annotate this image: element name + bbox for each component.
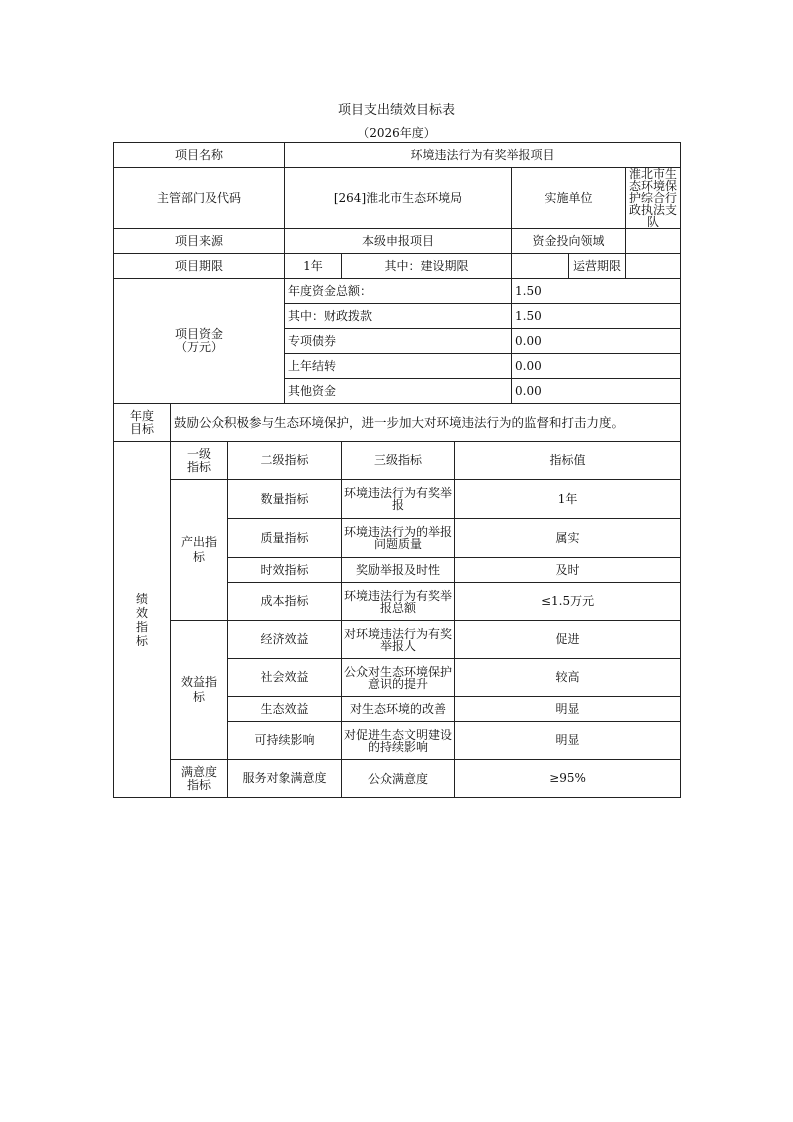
value-cell: ≥95% (455, 760, 681, 798)
header-level1-line2: 指标 (173, 461, 225, 474)
level3-cell: 对生态环境的改善 (342, 697, 455, 722)
source-label: 项目来源 (114, 229, 285, 254)
fund-area-value (626, 229, 681, 254)
annual-goal-label-line2: 目标 (116, 423, 168, 436)
level1-benefit: 效益指标 (171, 621, 228, 760)
header-level1-line1: 一级 (173, 448, 225, 461)
level1-benefit-text: 效益指标 (179, 675, 219, 705)
document-year: （2026年度） (0, 124, 793, 141)
fund-row-label: 专项债券 (285, 329, 512, 354)
level3-cell: 对环境违法行为有奖举报人 (342, 621, 455, 659)
level3-cell: 对促进生态文明建设的持续影响 (342, 722, 455, 760)
indicators-section-label: 绩效指标 (114, 442, 171, 798)
fund-row-value: 1.50 (512, 279, 681, 304)
value-cell: 1年 (455, 480, 681, 519)
value-cell: 明显 (455, 722, 681, 760)
fund-row-label: 其他资金 (285, 379, 512, 404)
level1-satisfaction-text: 满意度指标 (179, 766, 219, 792)
build-period-value (512, 254, 569, 279)
build-period-label: 其中：建设期限 (342, 254, 512, 279)
level2-cell: 服务对象满意度 (228, 760, 342, 798)
level2-cell: 质量指标 (228, 519, 342, 558)
level2-cell: 数量指标 (228, 480, 342, 519)
document-title: 项目支出绩效目标表 (0, 99, 793, 118)
source-value: 本级申报项目 (285, 229, 512, 254)
project-name-label: 项目名称 (114, 143, 285, 168)
fund-row-value: 0.00 (512, 354, 681, 379)
value-cell: 明显 (455, 697, 681, 722)
performance-target-table: 项目名称 环境违法行为有奖举报项目 主管部门及代码 [264]淮北市生态环境局 … (113, 142, 681, 798)
operate-period-label: 运营期限 (569, 254, 626, 279)
value-cell: 及时 (455, 558, 681, 583)
level3-cell: 公众满意度 (342, 760, 455, 798)
value-cell: 属实 (455, 519, 681, 558)
level3-cell: 公众对生态环境保护意识的提升 (342, 659, 455, 697)
annual-goal-text: 鼓励公众积极参与生态环境保护，进一步加大对环境违法行为的监督和打击力度。 (171, 404, 681, 442)
level2-cell: 经济效益 (228, 621, 342, 659)
annual-goal-label-line1: 年度 (116, 410, 168, 423)
fund-row-label: 上年结转 (285, 354, 512, 379)
level2-cell: 生态效益 (228, 697, 342, 722)
level2-cell: 社会效益 (228, 659, 342, 697)
value-cell: 促进 (455, 621, 681, 659)
value-cell: ≤1.5万元 (455, 583, 681, 621)
funds-label: 项目资金 （万元） (114, 279, 285, 404)
funds-label-line2: （万元） (116, 341, 282, 354)
fund-row-label: 其中：财政拨款 (285, 304, 512, 329)
fund-row-value: 0.00 (512, 329, 681, 354)
header-value: 指标值 (455, 442, 681, 480)
operate-period-value (626, 254, 681, 279)
header-level3: 三级指标 (342, 442, 455, 480)
fund-row-value: 0.00 (512, 379, 681, 404)
dept-value: [264]淮北市生态环境局 (285, 168, 512, 229)
header-level1: 一级 指标 (171, 442, 228, 480)
level2-cell: 成本指标 (228, 583, 342, 621)
impl-unit-label: 实施单位 (512, 168, 626, 229)
value-cell: 较高 (455, 659, 681, 697)
level3-cell: 环境违法行为有奖举报 (342, 480, 455, 519)
dept-label: 主管部门及代码 (114, 168, 285, 229)
level2-cell: 可持续影响 (228, 722, 342, 760)
level1-output-text: 产出指标 (179, 535, 219, 565)
level3-cell: 环境违法行为的举报问题质量 (342, 519, 455, 558)
level2-cell: 时效指标 (228, 558, 342, 583)
level1-output: 产出指标 (171, 480, 228, 621)
fund-area-label: 资金投向领域 (512, 229, 626, 254)
fund-row-label: 年度资金总额： (285, 279, 512, 304)
period-value: 1年 (285, 254, 342, 279)
fund-row-value: 1.50 (512, 304, 681, 329)
annual-goal-label: 年度 目标 (114, 404, 171, 442)
level1-satisfaction: 满意度指标 (171, 760, 228, 798)
project-name-value: 环境违法行为有奖举报项目 (285, 143, 681, 168)
level3-cell: 环境违法行为有奖举报总额 (342, 583, 455, 621)
header-level2: 二级指标 (228, 442, 342, 480)
indicators-section-label-text: 绩效指标 (136, 592, 149, 648)
level3-cell: 奖励举报及时性 (342, 558, 455, 583)
impl-unit-value: 淮北市生态环境保护综合行政执法支队 (626, 168, 681, 229)
period-label: 项目期限 (114, 254, 285, 279)
